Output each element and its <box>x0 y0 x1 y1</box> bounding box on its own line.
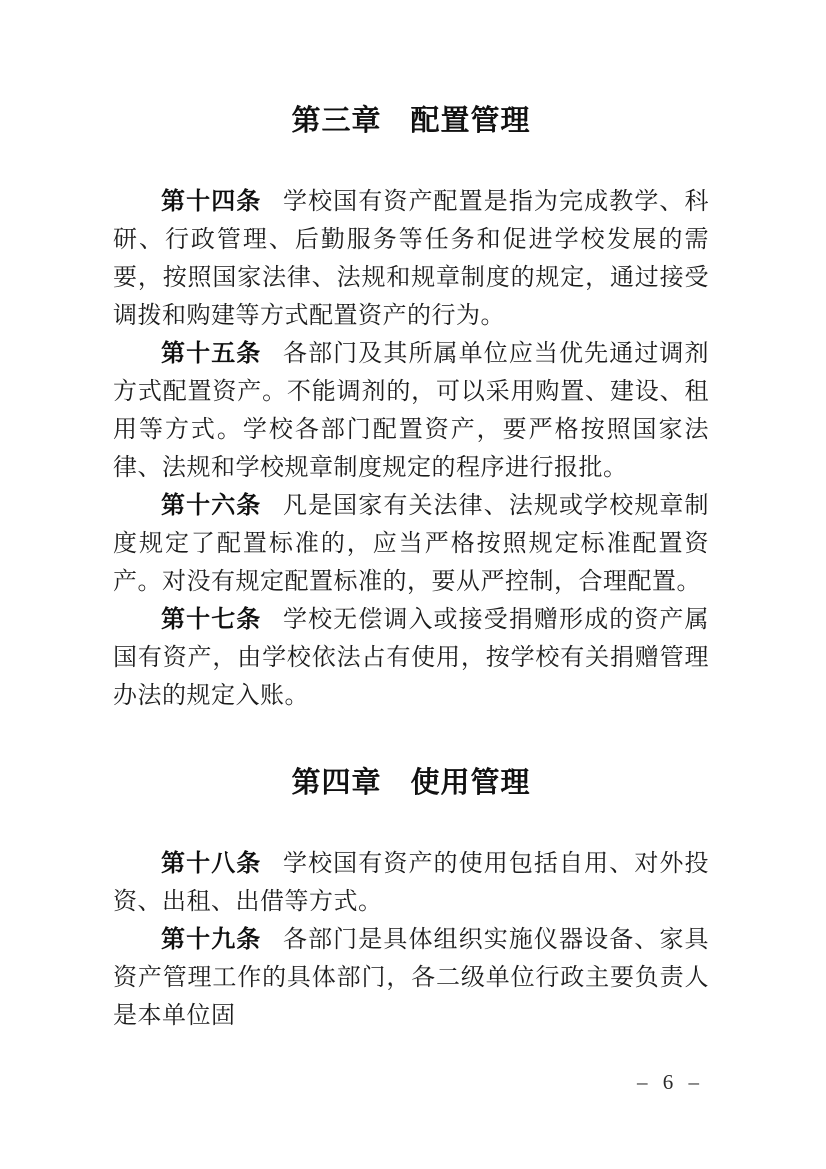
chapter-4-heading: 第四章使用管理 <box>113 763 709 803</box>
chapter-4-number: 第四章 <box>291 767 381 799</box>
article-15-number: 第十五条 <box>161 341 261 367</box>
chapter-4-title: 使用管理 <box>411 767 531 799</box>
page-number: – 6 – <box>637 1070 704 1095</box>
chapter-3-paragraphs: 第十四条学校国有资产配置是指为完成教学、科研、行政管理、后勤服务等任务和促进学校… <box>113 183 709 715</box>
chapter-3-title: 配置管理 <box>411 105 531 137</box>
section-chapter-4: 第四章使用管理 第十八条学校国有资产的使用包括自用、对外投资、出租、出借等方式。… <box>113 763 709 1035</box>
article-18-number: 第十八条 <box>161 851 261 877</box>
article-15-paragraph: 第十五条各部门及其所属单位应当优先通过调剂方式配置资产。不能调剂的，可以采用购置… <box>113 335 709 487</box>
chapter-3-number: 第三章 <box>291 105 381 137</box>
article-16-paragraph: 第十六条凡是国家有关法律、法规或学校规章制度规定了配置标准的，应当严格按照规定标… <box>113 487 709 601</box>
article-16-number: 第十六条 <box>161 493 261 519</box>
article-19-paragraph: 第十九条各部门是具体组织实施仪器设备、家具资产管理工作的具体部门，各二级单位行政… <box>113 921 709 1035</box>
chapter-4-paragraphs: 第十八条学校国有资产的使用包括自用、对外投资、出租、出借等方式。 第十九条各部门… <box>113 845 709 1035</box>
article-19-number: 第十九条 <box>161 927 261 953</box>
article-17-number: 第十七条 <box>161 607 261 633</box>
section-chapter-3: 第三章配置管理 第十四条学校国有资产配置是指为完成教学、科研、行政管理、后勤服务… <box>113 101 709 715</box>
article-14-number: 第十四条 <box>161 189 261 215</box>
article-18-paragraph: 第十八条学校国有资产的使用包括自用、对外投资、出租、出借等方式。 <box>113 845 709 921</box>
article-14-paragraph: 第十四条学校国有资产配置是指为完成教学、科研、行政管理、后勤服务等任务和促进学校… <box>113 183 709 335</box>
article-17-paragraph: 第十七条学校无偿调入或接受捐赠形成的资产属国有资产，由学校依法占有使用，按学校有… <box>113 601 709 715</box>
chapter-3-heading: 第三章配置管理 <box>113 101 709 141</box>
document-page: 第三章配置管理 第十四条学校国有资产配置是指为完成教学、科研、行政管理、后勤服务… <box>0 0 826 1169</box>
